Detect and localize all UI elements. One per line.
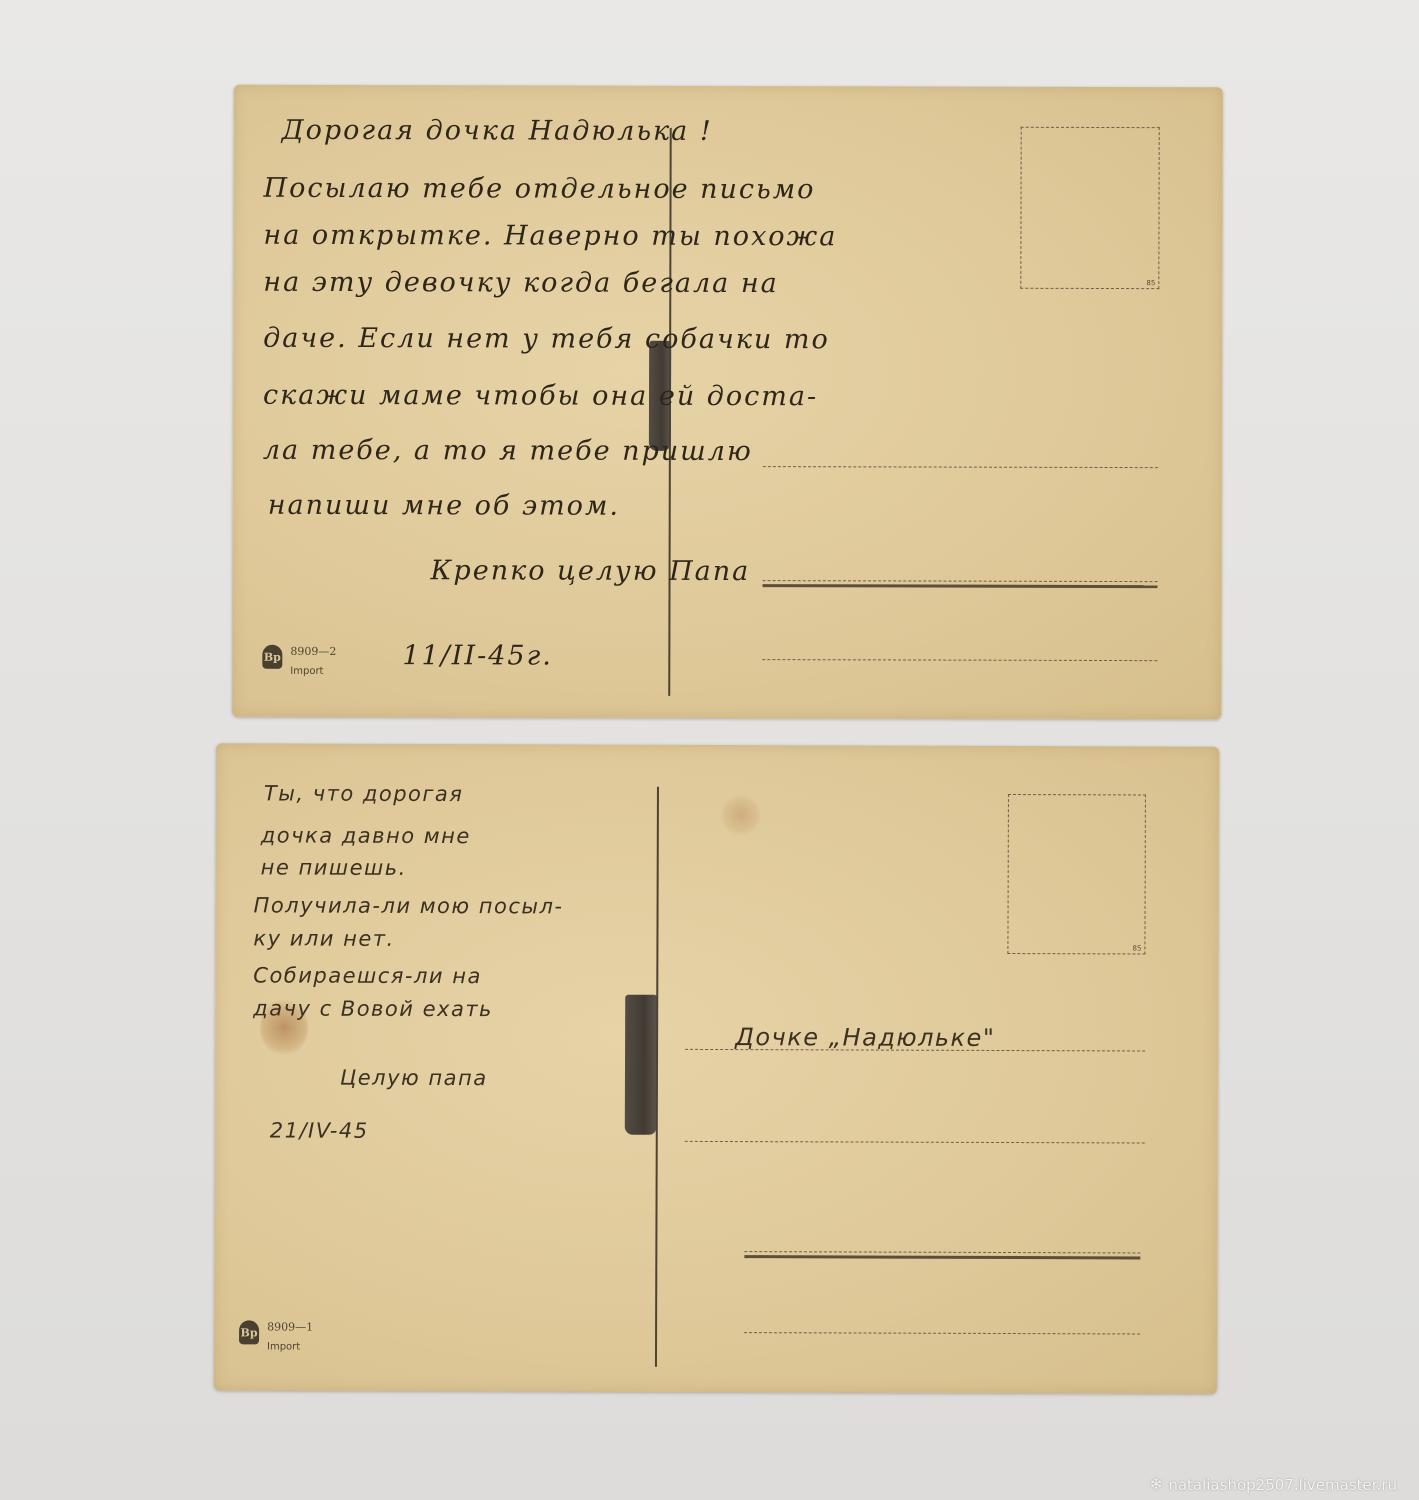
stamp-box-number: 85	[1146, 279, 1155, 287]
publisher-logo-icon: Bp	[239, 1320, 259, 1344]
message-line: дачу с Вовой ехать	[253, 996, 493, 1021]
stamp-box-number: 85	[1132, 944, 1141, 952]
publisher-code: 8909—2	[290, 645, 336, 658]
message-line: не пишешь.	[261, 855, 407, 880]
address-line	[763, 580, 1158, 582]
publisher-mark: Bp 8909—2 Import	[262, 645, 336, 677]
address-line	[744, 1251, 1140, 1253]
glue-residue	[625, 995, 657, 1135]
date: 21/IV-45	[270, 1118, 369, 1142]
publisher-code: 8909—1	[267, 1320, 313, 1333]
message-line: Получила-ли мою посыл-	[254, 893, 564, 918]
message-line: Дорогая дочка Надюлька !	[282, 115, 713, 147]
publisher-import-label: Import	[290, 666, 336, 677]
publisher-logo-icon: Bp	[262, 645, 282, 669]
postcard-bottom: 85 Ты, что дорогая дочка давно мне не пи…	[214, 743, 1219, 1393]
signature: Целую папа	[340, 1066, 488, 1091]
message-line: дочка давно мне	[261, 823, 471, 848]
recipient-address: Дочке „Надюльке"	[735, 1023, 995, 1052]
address-line	[744, 1332, 1140, 1334]
watermark-text: nataliashop2507.livemaster.ru	[1168, 1476, 1397, 1494]
snowflake-icon: ❄	[1149, 1475, 1163, 1495]
watermark: ❄ nataliashop2507.livemaster.ru	[1149, 1475, 1397, 1495]
message-line: ку или нет.	[253, 926, 394, 950]
publisher-import-label: Import	[267, 1341, 313, 1352]
address-line	[763, 466, 1158, 468]
signature: Крепко целую Папа	[431, 555, 751, 587]
message-line: Собираешся-ли на	[253, 963, 482, 988]
message-line: на открытке. Наверно ты похожа	[263, 220, 837, 253]
stamp-box: 85	[1007, 794, 1146, 954]
date: 11/II-45г.	[402, 640, 553, 671]
address-line	[685, 1141, 1145, 1144]
message-line: Ты, что дорогая	[264, 781, 464, 806]
message-line: скажи маме чтобы она ей доста-	[263, 380, 818, 412]
message-line: Посылаю тебе отдельное письмо	[264, 173, 816, 205]
address-line	[762, 659, 1157, 661]
message-line: ла тебе, а то я тебе пришлю	[263, 435, 753, 467]
message-line: даче. Если нет у тебя собачки то	[263, 323, 830, 355]
stamp-box: 85	[1020, 127, 1159, 289]
publisher-mark: Bp 8909—1 Import	[239, 1320, 313, 1352]
postcard-top: 85 Дорогая дочка Надюлька ! Посылаю тебе…	[232, 85, 1223, 720]
message-line: напиши мне об этом.	[268, 490, 620, 522]
message-line: на эту девочку когда бегала на	[263, 267, 779, 299]
stain	[721, 795, 761, 835]
